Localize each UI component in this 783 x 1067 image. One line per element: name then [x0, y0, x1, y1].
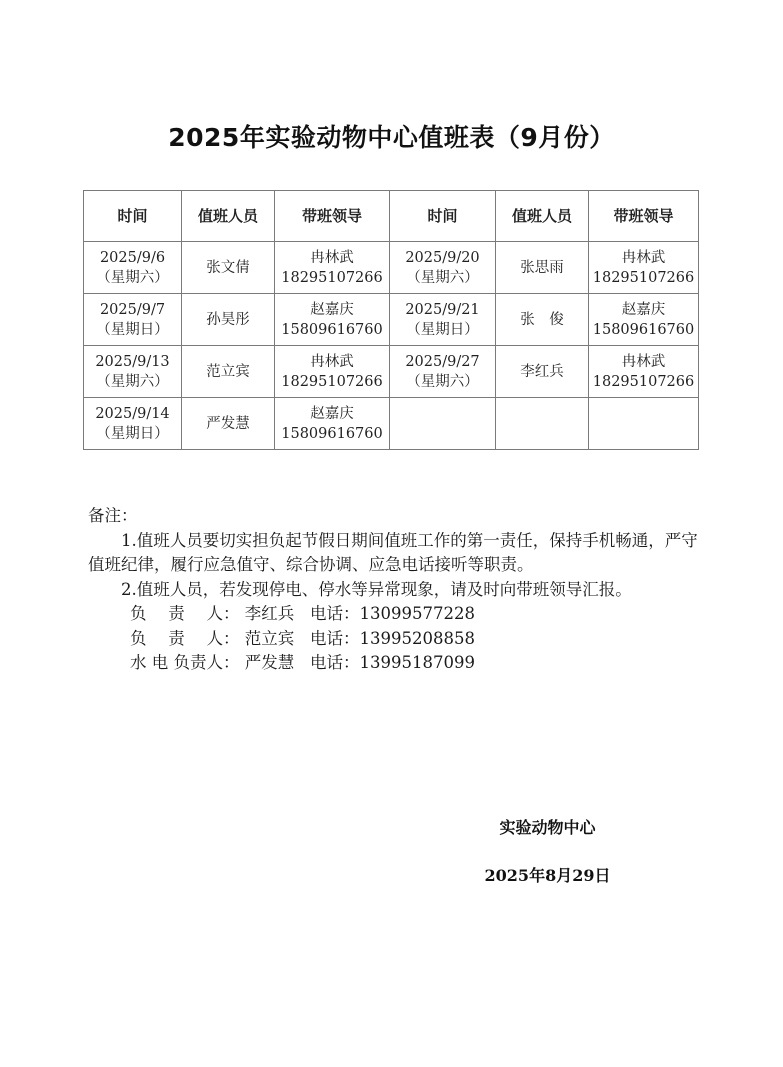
leader-phone: 18295107266	[275, 372, 389, 392]
date: 2025/9/14	[84, 404, 181, 424]
contact-line: 负 责 人： 李红兵 电话：13099577228	[88, 602, 698, 627]
note-item-1: 1.值班人员要切实担负起节假日期间值班工作的第一责任，保持手机畅通，严守值班纪律…	[88, 529, 698, 578]
date: 2025/9/7	[84, 300, 181, 320]
staff-cell: 范立宾	[182, 346, 275, 398]
header-time: 时间	[390, 191, 496, 242]
date: 2025/9/20	[390, 248, 495, 268]
contact-name: 严发慧	[245, 653, 295, 672]
weekday: （星期日）	[390, 320, 495, 340]
staff-cell: 孙昊彤	[182, 294, 275, 346]
notes-heading: 备注：	[88, 504, 698, 529]
weekday: （星期日）	[84, 320, 181, 340]
leader-cell: 冉林武18295107266	[275, 242, 390, 294]
date-cell: 2025/9/20（星期六）	[390, 242, 496, 294]
signature-org: 实验动物中心	[470, 815, 625, 838]
signature-date: 2025年8月29日	[470, 863, 625, 886]
header-leader: 带班领导	[275, 191, 390, 242]
contact-name: 范立宾	[245, 629, 295, 648]
empty-cell	[496, 398, 589, 450]
contact-name: 李红兵	[245, 604, 295, 623]
weekday: （星期六）	[84, 372, 181, 392]
leader-cell: 冉林武18295107266	[275, 346, 390, 398]
date: 2025/9/21	[390, 300, 495, 320]
leader-name: 冉林武	[275, 352, 389, 372]
leader-phone: 18295107266	[275, 268, 389, 288]
staff-cell: 张思雨	[496, 242, 589, 294]
table-row: 2025/9/13（星期六） 范立宾 冉林武18295107266 2025/9…	[84, 346, 699, 398]
weekday: （星期六）	[390, 268, 495, 288]
empty-cell	[390, 398, 496, 450]
leader-cell: 冉林武18295107266	[589, 346, 699, 398]
date-cell: 2025/9/14（星期日）	[84, 398, 182, 450]
contact-phone-label: 电话：	[310, 653, 360, 672]
empty-cell	[589, 398, 699, 450]
leader-phone: 18295107266	[589, 268, 698, 288]
contact-line: 负 责 人： 范立宾 电话：13995208858	[88, 627, 698, 652]
contact-phone-label: 电话：	[310, 629, 360, 648]
leader-cell: 赵嘉庆15809616760	[275, 294, 390, 346]
date: 2025/9/6	[84, 248, 181, 268]
staff-cell: 张文倩	[182, 242, 275, 294]
date: 2025/9/13	[84, 352, 181, 372]
leader-name: 冉林武	[589, 248, 698, 268]
date-cell: 2025/9/27（星期六）	[390, 346, 496, 398]
date-cell: 2025/9/7（星期日）	[84, 294, 182, 346]
leader-name: 赵嘉庆	[589, 300, 698, 320]
leader-name: 赵嘉庆	[275, 404, 389, 424]
duty-schedule-table: 时间 值班人员 带班领导 时间 值班人员 带班领导 2025/9/6（星期六） …	[83, 190, 699, 450]
leader-phone: 15809616760	[589, 320, 698, 340]
header-leader: 带班领导	[589, 191, 699, 242]
table-header-row: 时间 值班人员 带班领导 时间 值班人员 带班领导	[84, 191, 699, 242]
contact-phone: 13995187099	[360, 653, 475, 672]
contact-role: 水 电 负责人：	[130, 653, 240, 672]
leader-cell: 赵嘉庆15809616760	[589, 294, 699, 346]
leader-cell: 赵嘉庆15809616760	[275, 398, 390, 450]
weekday: （星期六）	[390, 372, 495, 392]
leader-name: 冉林武	[589, 352, 698, 372]
leader-name: 赵嘉庆	[275, 300, 389, 320]
contact-phone: 13099577228	[360, 604, 475, 623]
contact-role: 负 责 人：	[130, 604, 240, 623]
contact-line: 水 电 负责人： 严发慧 电话：13995187099	[88, 651, 698, 676]
leader-name: 冉林武	[275, 248, 389, 268]
leader-phone: 15809616760	[275, 320, 389, 340]
weekday: （星期日）	[84, 424, 181, 444]
date-cell: 2025/9/21（星期日）	[390, 294, 496, 346]
table-row: 2025/9/14（星期日） 严发慧 赵嘉庆15809616760	[84, 398, 699, 450]
contact-role: 负 责 人：	[130, 629, 240, 648]
weekday: （星期六）	[84, 268, 181, 288]
header-staff: 值班人员	[182, 191, 275, 242]
table-row: 2025/9/6（星期六） 张文倩 冉林武18295107266 2025/9/…	[84, 242, 699, 294]
header-time: 时间	[84, 191, 182, 242]
table-row: 2025/9/7（星期日） 孙昊彤 赵嘉庆15809616760 2025/9/…	[84, 294, 699, 346]
leader-cell: 冉林武18295107266	[589, 242, 699, 294]
leader-phone: 18295107266	[589, 372, 698, 392]
date: 2025/9/27	[390, 352, 495, 372]
notes-section: 备注： 1.值班人员要切实担负起节假日期间值班工作的第一责任，保持手机畅通，严守…	[88, 504, 698, 676]
leader-phone: 15809616760	[275, 424, 389, 444]
staff-cell: 张 俊	[496, 294, 589, 346]
date-cell: 2025/9/6（星期六）	[84, 242, 182, 294]
note-item-2: 2.值班人员，若发现停电、停水等异常现象，请及时向带班领导汇报。	[88, 578, 698, 603]
page-title: 2025年实验动物中心值班表（9月份）	[0, 118, 783, 154]
staff-cell: 严发慧	[182, 398, 275, 450]
contact-phone-label: 电话：	[310, 604, 360, 623]
header-staff: 值班人员	[496, 191, 589, 242]
staff-cell: 李红兵	[496, 346, 589, 398]
date-cell: 2025/9/13（星期六）	[84, 346, 182, 398]
contact-phone: 13995208858	[360, 629, 475, 648]
